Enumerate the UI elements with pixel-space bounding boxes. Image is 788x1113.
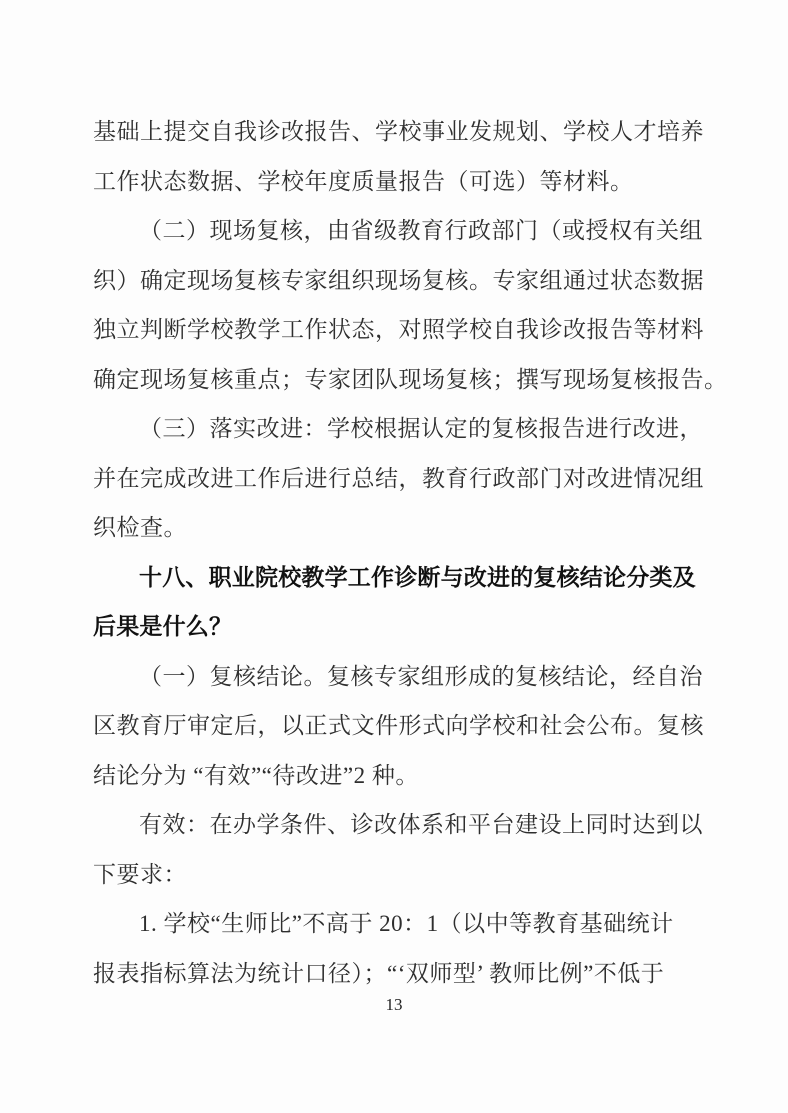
text-line: 织检查。 <box>93 503 697 553</box>
text-line: （二）现场复核，由省级教育行政部门（或授权有关组 <box>93 206 697 256</box>
document-page: 基础上提交自我诊改报告、学校事业发规划、学校人才培养工作状态数据、学校年度质量报… <box>0 0 788 1113</box>
text-line: 区教育厅审定后，以正式文件形式向学校和社会公布。复核 <box>93 701 697 751</box>
document-body: 基础上提交自我诊改报告、学校事业发规划、学校人才培养工作状态数据、学校年度质量报… <box>93 107 697 998</box>
page-number: 13 <box>0 995 788 1015</box>
text-line: 1. 学校“生师比”不高于 20：1（以中等教育基础统计 <box>93 899 697 949</box>
heading-line: 十八、职业院校教学工作诊断与改进的复核结论分类及 <box>93 553 697 603</box>
text-line: 确定现场复核重点；专家团队现场复核；撰写现场复核报告。 <box>93 355 697 405</box>
text-line: 织）确定现场复核专家组织现场复核。专家组通过状态数据 <box>93 256 697 306</box>
text-line: （一）复核结论。复核专家组形成的复核结论，经自治 <box>93 652 697 702</box>
text-line: 并在完成改进工作后进行总结，教育行政部门对改进情况组 <box>93 454 697 504</box>
text-line: 报表指标算法为统计口径）；“‘双师型’ 教师比例”不低于 <box>93 949 697 999</box>
text-line: 下要求： <box>93 850 697 900</box>
heading-line: 后果是什么？ <box>93 602 697 652</box>
text-line: 有效：在办学条件、诊改体系和平台建设上同时达到以 <box>93 800 697 850</box>
text-line: 独立判断学校教学工作状态，对照学校自我诊改报告等材料 <box>93 305 697 355</box>
text-line: 工作状态数据、学校年度质量报告（可选）等材料。 <box>93 157 697 207</box>
text-line: 基础上提交自我诊改报告、学校事业发规划、学校人才培养 <box>93 107 697 157</box>
text-line: （三）落实改进：学校根据认定的复核报告进行改进， <box>93 404 697 454</box>
text-line: 结论分为 “有效”“待改进”2 种。 <box>93 751 697 801</box>
